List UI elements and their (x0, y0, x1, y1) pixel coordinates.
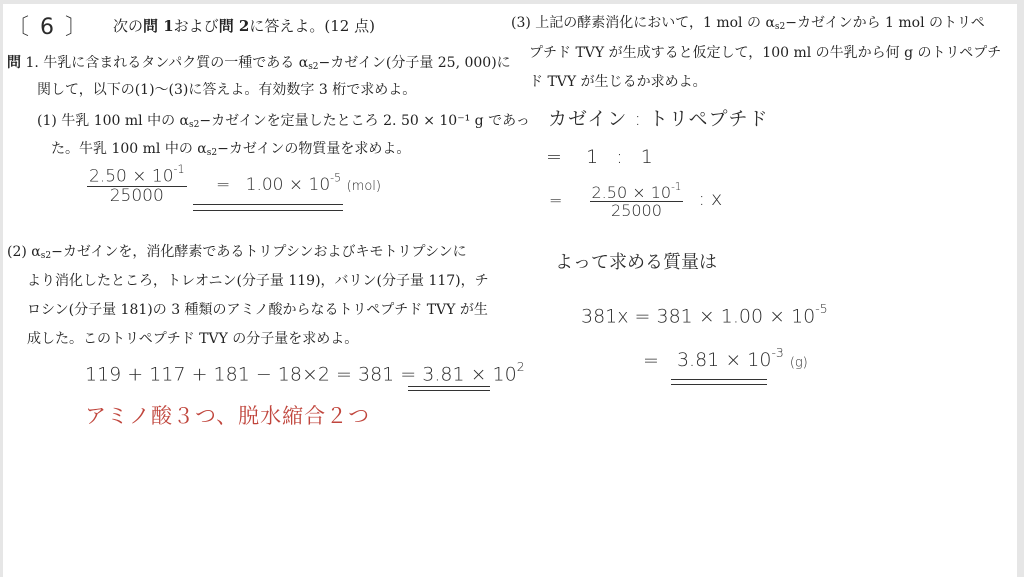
alpha-subscript: s2 (189, 120, 199, 130)
numerator-value: 2.50 × 10 (592, 183, 672, 202)
part2-expression: 119 + 117 + 181 − 18×2 = 381 = (85, 363, 416, 385)
part3-line2: プチド TVY が生成すると仮定して，100 ml の牛乳から何 g のトリペプ… (529, 40, 1001, 66)
part3-fraction: 2.50 × 10-1 25000 (590, 182, 684, 220)
answer-double-underline (193, 204, 343, 211)
part1-line1: (1) 牛乳 100 ml 中の αs2−カゼインを定量したところ 2. 50 … (37, 108, 530, 138)
part3-result-line: = 3.81 × 10-3 (g) (643, 346, 808, 371)
part2-answer: 119 + 117 + 181 − 18×2 = 381 = 3.81 × 10… (85, 360, 525, 385)
calc-expression: 381x = 381 × 1.00 × 10 (581, 305, 815, 327)
numerator-value: 2.50 × 10 (89, 166, 174, 186)
question-number: 〔 6 〕 (7, 10, 89, 41)
part1-result-exponent: -5 (330, 172, 341, 185)
alpha-subscript: s2 (41, 251, 51, 261)
instruction-suffix: に答えよ。(12 点) (249, 17, 375, 35)
fraction-numerator: 2.50 × 10-1 (590, 182, 684, 202)
q2-ref: 問 2 (219, 17, 250, 35)
answer-double-underline (408, 386, 490, 391)
q1-intro-text-b: −カゼイン(分子量 25, 000)に (319, 55, 511, 71)
part1-unit: (mol) (347, 179, 381, 194)
q1-intro-line1: 問 1. 牛乳に含まれるタンパク質の一種である αs2−カゼイン(分子量 25,… (7, 50, 511, 80)
part2-result: 3.81 × 10 (422, 363, 516, 385)
q1-label: 問 (7, 55, 21, 71)
part1-fraction: 2.50 × 10-1 25000 (87, 164, 187, 206)
exam-page: 〔 6 〕 次の問 1および問 2に答えよ。(12 点) 問 1. 牛乳に含まれ… (3, 4, 1017, 577)
part2-line3: ロシン(分子量 181)の 3 種類のアミノ酸からなるトリペプチド TVY が生 (27, 297, 488, 323)
part1-text-b: −カゼインを定量したところ 2. 50 × 10⁻¹ g であっ (199, 113, 530, 129)
part1-answer: 2.50 × 10-1 25000 = 1.00 × 10-5 (mol) (87, 164, 381, 206)
q1-intro-line2: 関して，以下の(1)〜(3)に答えよ。有効数字 3 桁で求めよ。 (37, 77, 416, 103)
fraction-denominator: 25000 (611, 202, 662, 220)
question-header: 〔 6 〕 次の問 1および問 2に答えよ。(12 点) (7, 10, 375, 40)
alpha-subscript: s2 (207, 148, 217, 158)
equals-sign: = (643, 349, 659, 371)
numerator-exponent: -1 (174, 163, 185, 176)
part3-line1: (3) 上記の酵素消化において，1 mol の αs2−カゼインから 1 mol… (511, 10, 985, 40)
equals-sign: = (549, 190, 562, 209)
part2-line2: より消化したところ，トレオニン(分子量 119)，バリン(分子量 117)，チ (27, 268, 489, 294)
equals-sign: = (216, 175, 230, 195)
part1-result: 1.00 × 10 (246, 175, 331, 195)
part2-line1: (2) αs2−カゼインを，消化酵素であるトリプシンおよびキモトリプシンに (7, 239, 467, 269)
fraction-numerator: 2.50 × 10-1 (87, 164, 187, 187)
part3-line3: ド TVY が生じるか求めよ。 (529, 69, 707, 95)
instruction-mid: および (174, 17, 219, 35)
part3-result: 3.81 × 10 (677, 349, 771, 371)
annotation-note: アミノ酸３つ、脱水縮合２つ (85, 400, 370, 430)
part2-line4: 成した。このトリペプチド TVY の分子量を求めよ。 (27, 326, 358, 352)
ratio-fraction-line: = 2.50 × 10-1 25000 : x (549, 182, 722, 220)
numerator-exponent: -1 (671, 181, 681, 193)
part1-line2: た。牛乳 100 ml 中の αs2−カゼインの物質量を求めよ。 (51, 136, 410, 166)
part3-unit: (g) (790, 355, 808, 370)
part2-text-a: (2) α (7, 244, 41, 260)
calc-line: 381x = 381 × 1.00 × 10-5 (581, 302, 828, 327)
part2-text-b: −カゼインを，消化酵素であるトリプシンおよびキモトリプシンに (51, 244, 467, 260)
part3-result-exponent: -3 (771, 346, 783, 360)
alpha-subscript: s2 (308, 62, 318, 72)
answer-double-underline (671, 379, 767, 385)
ratio-line: = 1 : 1 (546, 146, 653, 168)
part1-text-c: た。牛乳 100 ml 中の α (51, 141, 207, 157)
alpha-subscript: s2 (775, 22, 785, 32)
header-instruction: 次の問 1および問 2に答えよ。(12 点) (113, 15, 375, 36)
part1-text-d: −カゼインの物質量を求めよ。 (217, 141, 410, 157)
conclusion-text: よって求める質量は (555, 248, 717, 274)
part1-text-a: (1) 牛乳 100 ml 中の α (37, 113, 189, 129)
part2-result-exponent: 2 (517, 360, 525, 374)
instruction-prefix: 次の (113, 17, 143, 35)
q1-ref: 問 1 (143, 17, 174, 35)
q1-intro-text-a: 1. 牛乳に含まれるタンパク質の一種である α (25, 55, 308, 71)
calc-exponent: -5 (815, 302, 827, 316)
ratio-unknown: : x (699, 188, 723, 210)
part3-text-a: (3) 上記の酵素消化において，1 mol の α (511, 15, 775, 31)
part3-text-b: −カゼインから 1 mol のトリペ (785, 15, 984, 31)
ratio-label: カゼイン : トリペプチド (548, 104, 769, 131)
fraction-denominator: 25000 (110, 187, 164, 206)
